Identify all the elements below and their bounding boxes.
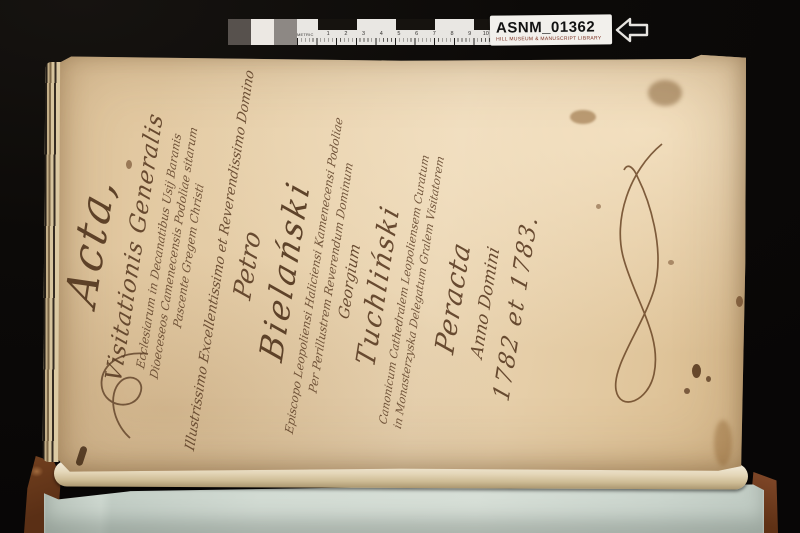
manuscript-page: Acta, Visitationis Generalis Ecclesiarum… bbox=[56, 54, 746, 472]
archive-label: ASNM_01362 HILL MUSEUM & MANUSCRIPT LIBR… bbox=[490, 14, 612, 45]
gray-patch-white bbox=[251, 19, 274, 45]
flyleaf-page bbox=[44, 482, 764, 533]
foxing-spot bbox=[668, 260, 674, 265]
photo-stage: Acta, Visitationis Generalis Ecclesiarum… bbox=[0, 0, 800, 533]
ruler-metric-label: METRIC bbox=[297, 32, 312, 37]
ink-stain bbox=[570, 110, 596, 124]
gray-patch-mid bbox=[274, 19, 297, 45]
ink-mark bbox=[126, 160, 132, 169]
foxing-spot bbox=[596, 204, 601, 209]
shelfmark-text: ASNM_01362 bbox=[496, 19, 608, 36]
ruler-numbers: METRIC 1 2 3 4 5 6 7 8 9 10 bbox=[297, 30, 493, 38]
ink-spot bbox=[684, 388, 690, 394]
metric-scale-bar: METRIC 1 2 3 4 5 6 7 8 9 10 bbox=[228, 19, 493, 45]
ruler-tick-marks bbox=[297, 38, 493, 45]
gray-patch-dark bbox=[228, 19, 251, 45]
ink-stain bbox=[714, 420, 732, 466]
ink-stain bbox=[648, 80, 682, 106]
metric-ruler: METRIC 1 2 3 4 5 6 7 8 9 10 bbox=[297, 19, 493, 45]
calligraphic-swash bbox=[90, 348, 156, 444]
ink-spot bbox=[736, 296, 743, 307]
ink-spot bbox=[706, 376, 711, 382]
ink-spot bbox=[692, 364, 701, 378]
institution-text: HILL MUSEUM & MANUSCRIPT LIBRARY bbox=[496, 35, 608, 42]
ruler-checker-blocks bbox=[297, 19, 493, 30]
pen-flourish bbox=[604, 140, 690, 416]
manuscript-title-block: Acta, Visitationis Generalis Ecclesiarum… bbox=[34, 26, 565, 520]
orientation-arrow-icon bbox=[614, 16, 650, 49]
